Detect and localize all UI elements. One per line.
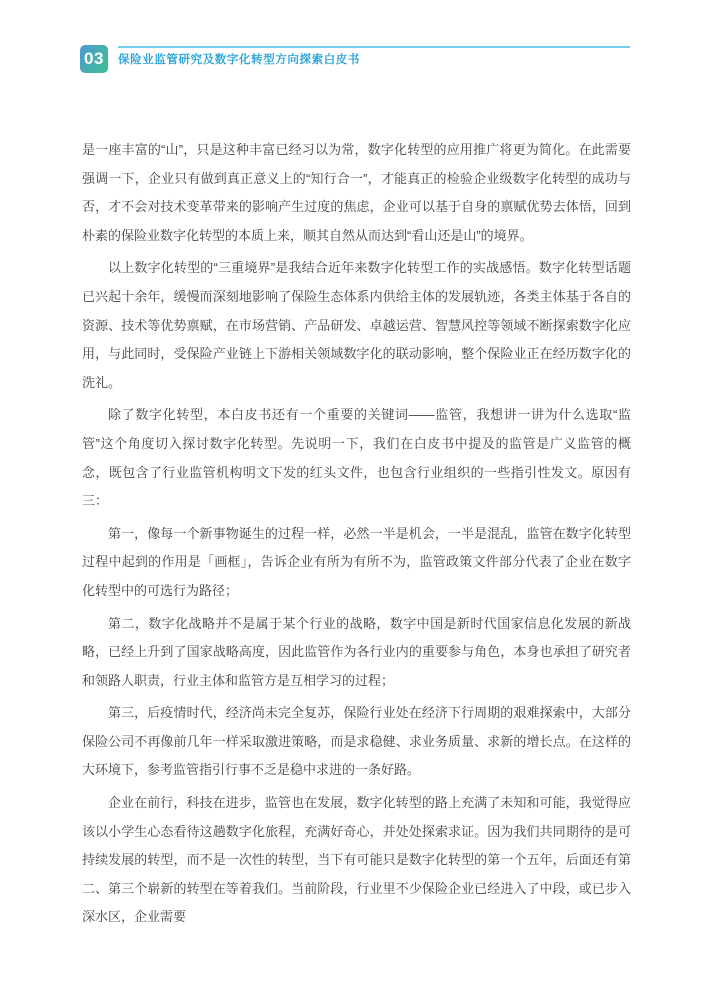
whitepaper-page: 03 保险业监管研究及数字化转型方向探索白皮书 是一座丰富的“山”，只是这种丰富…: [0, 0, 710, 988]
paragraph: 第一，像每一个新事物诞生的过程一样，必然一半是机会，一半是混乱，监管在数字化转型…: [82, 520, 631, 606]
paragraph: 第二，数字化战略并不是属于某个行业的战略，数字中国是新时代国家信息化发展的新战略…: [82, 610, 631, 696]
header-rule: [118, 46, 630, 48]
paragraph: 第三，后疫情时代，经济尚未完全复苏，保险行业处在经济下行周期的艰难探索中，大部分…: [82, 699, 631, 785]
paragraph: 除了数字化转型，本白皮书还有一个重要的关键词——监管，我想讲一讲为什么选取“监管…: [82, 401, 631, 515]
chapter-title: 保险业监管研究及数字化转型方向探索白皮书: [118, 51, 360, 67]
paragraph: 企业在前行，科技在进步，监管也在发展，数字化转型的路上充满了未知和可能，我觉得应…: [82, 789, 631, 932]
chapter-number: 03: [84, 49, 104, 69]
body-text: 是一座丰富的“山”，只是这种丰富已经习以为常，数字化转型的应用推广将更为简化。在…: [82, 136, 631, 936]
paragraph: 以上数字化转型的“三重境界”是我结合近年来数字化转型工作的实战感悟。数字化转型话…: [82, 254, 631, 397]
chapter-number-badge: 03: [80, 45, 108, 73]
paragraph: 是一座丰富的“山”，只是这种丰富已经习以为常，数字化转型的应用推广将更为简化。在…: [82, 136, 631, 250]
